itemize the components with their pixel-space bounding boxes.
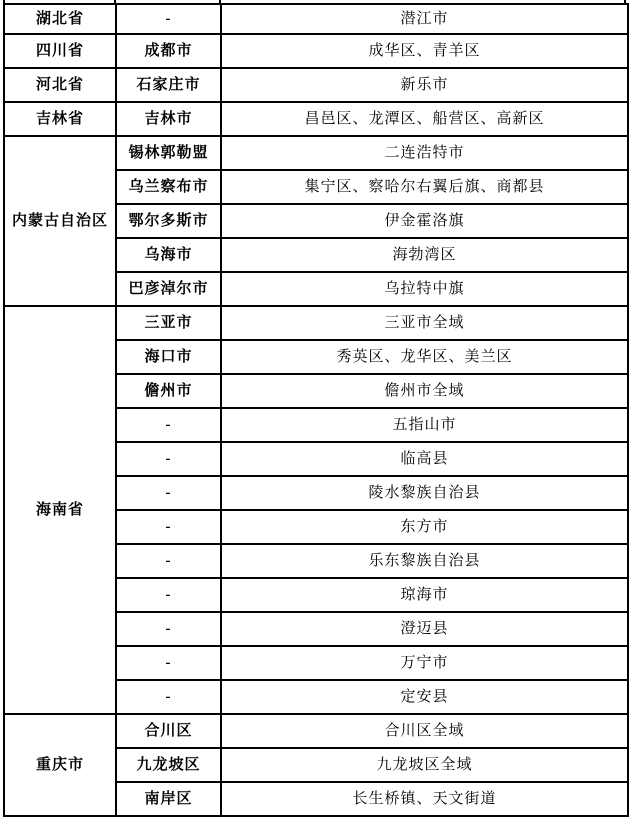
table-row: 四川省成都市成华区、青羊区 <box>4 34 628 68</box>
table-row: 内蒙古自治区锡林郭勒盟二连浩特市 <box>4 136 628 170</box>
city-cell: - <box>116 510 221 544</box>
city-cell: - <box>116 476 221 510</box>
table-row: 海南省三亚市三亚市全域 <box>4 306 628 340</box>
table-row: 河北省石家庄市新乐市 <box>4 68 628 102</box>
areas-cell: 琼海市 <box>221 578 628 612</box>
areas-cell: 临高县 <box>221 442 628 476</box>
areas-cell: 三亚市全域 <box>221 306 628 340</box>
areas-cell: 合川区全域 <box>221 714 628 748</box>
city-cell: 锡林郭勒盟 <box>116 136 221 170</box>
areas-cell: 伊金霍洛旗 <box>221 204 628 238</box>
areas-cell: 乌拉特中旗 <box>221 272 628 306</box>
region-table-body: 湖北省-潜江市四川省成都市成华区、青羊区河北省石家庄市新乐市吉林省吉林市昌邑区、… <box>4 4 628 816</box>
areas-cell: 东方市 <box>221 510 628 544</box>
areas-cell: 潜江市 <box>221 4 628 34</box>
city-cell: 乌海市 <box>116 238 221 272</box>
areas-cell: 五指山市 <box>221 408 628 442</box>
city-cell: - <box>116 646 221 680</box>
areas-cell: 昌邑区、龙潭区、船营区、高新区 <box>221 102 628 136</box>
city-cell: 南岸区 <box>116 782 221 816</box>
city-cell: 鄂尔多斯市 <box>116 204 221 238</box>
areas-cell: 乐东黎族自治县 <box>221 544 628 578</box>
province-cell: 吉林省 <box>4 102 116 136</box>
province-cell: 重庆市 <box>4 714 116 816</box>
areas-cell: 澄迈县 <box>221 612 628 646</box>
document-page: 湖北省-潜江市四川省成都市成华区、青羊区河北省石家庄市新乐市吉林省吉林市昌邑区、… <box>0 0 631 823</box>
table-row: 吉林省吉林市昌邑区、龙潭区、船营区、高新区 <box>4 102 628 136</box>
areas-cell: 九龙坡区全域 <box>221 748 628 782</box>
city-cell: - <box>116 442 221 476</box>
areas-cell: 二连浩特市 <box>221 136 628 170</box>
city-cell: 成都市 <box>116 34 221 68</box>
areas-cell: 成华区、青羊区 <box>221 34 628 68</box>
city-cell: 吉林市 <box>116 102 221 136</box>
province-cell: 内蒙古自治区 <box>4 136 116 306</box>
city-cell: 海口市 <box>116 340 221 374</box>
areas-cell: 新乐市 <box>221 68 628 102</box>
province-cell: 湖北省 <box>4 4 116 34</box>
areas-cell: 万宁市 <box>221 646 628 680</box>
table-row: 湖北省-潜江市 <box>4 4 628 34</box>
city-cell: 儋州市 <box>116 374 221 408</box>
areas-cell: 集宁区、察哈尔右翼后旗、商都县 <box>221 170 628 204</box>
province-cell: 河北省 <box>4 68 116 102</box>
city-cell: 合川区 <box>116 714 221 748</box>
city-cell: 九龙坡区 <box>116 748 221 782</box>
areas-cell: 秀英区、龙华区、美兰区 <box>221 340 628 374</box>
city-cell: 三亚市 <box>116 306 221 340</box>
city-cell: - <box>116 612 221 646</box>
city-cell: 巴彦淖尔市 <box>116 272 221 306</box>
areas-cell: 陵水黎族自治县 <box>221 476 628 510</box>
areas-cell: 长生桥镇、天文街道 <box>221 782 628 816</box>
city-cell: - <box>116 680 221 714</box>
city-cell: - <box>116 4 221 34</box>
city-cell: - <box>116 544 221 578</box>
areas-cell: 海勃湾区 <box>221 238 628 272</box>
city-cell: - <box>116 408 221 442</box>
areas-cell: 定安县 <box>221 680 628 714</box>
table-row: 重庆市合川区合川区全域 <box>4 714 628 748</box>
city-cell: - <box>116 578 221 612</box>
areas-cell: 儋州市全域 <box>221 374 628 408</box>
city-cell: 石家庄市 <box>116 68 221 102</box>
province-cell: 海南省 <box>4 306 116 714</box>
city-cell: 乌兰察布市 <box>116 170 221 204</box>
province-cell: 四川省 <box>4 34 116 68</box>
region-table: 湖北省-潜江市四川省成都市成华区、青羊区河北省石家庄市新乐市吉林省吉林市昌邑区、… <box>3 3 629 817</box>
